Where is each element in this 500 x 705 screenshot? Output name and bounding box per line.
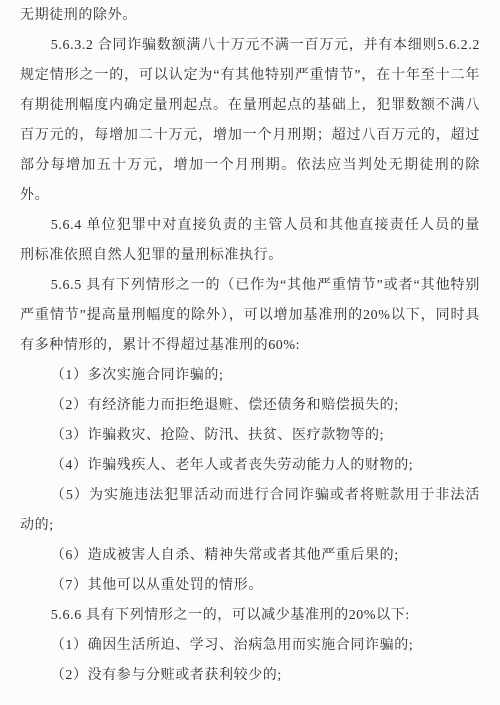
paragraph-clause-5-6-3-2: 5.6.3.2 合同诈骗数额满八十万元不满一百万元，并有本细则5.6.2.2规定… <box>20 31 480 211</box>
list-item-5-6-6-2: （2）没有参与分赃或者获利较少的; <box>20 661 480 691</box>
document-body-text: 无期徒刑的除外。 5.6.3.2 合同诈骗数额满八十万元不满一百万元，并有本细则… <box>20 1 480 691</box>
paragraph-clause-5-6-4: 5.6.4 单位犯罪中对直接负责的主管人员和其他直接责任人员的量刑标准依照自然人… <box>20 211 480 271</box>
paragraph-continuation-top: 无期徒刑的除外。 <box>20 1 480 31</box>
list-item-5-6-5-4: （4）诈骗残疾人、老年人或者丧失劳动能力人的财物的; <box>20 451 480 481</box>
list-item-5-6-5-5: （5）为实施违法犯罪活动而进行合同诈骗或者将赃款用于非法活动的; <box>20 481 480 541</box>
paragraph-clause-5-6-5: 5.6.5 具有下列情形之一的（已作为“其他严重情节”或者“其他特别严重情节”提… <box>20 271 480 361</box>
list-item-5-6-6-1: （1）确因生活所迫、学习、治病急用而实施合同诈骗的; <box>20 631 480 661</box>
document-page: 无期徒刑的除外。 5.6.3.2 合同诈骗数额满八十万元不满一百万元，并有本细则… <box>0 0 500 705</box>
paragraph-clause-5-6-6: 5.6.6 具有下列情形之一的，可以减少基准刑的20%以下: <box>20 601 480 631</box>
list-item-5-6-5-7: （7）其他可以从重处罚的情形。 <box>20 571 480 601</box>
list-item-5-6-5-3: （3）诈骗救灾、抢险、防汛、扶贫、医疗款物等的; <box>20 421 480 451</box>
list-item-5-6-5-2: （2）有经济能力而拒绝退赃、偿还债务和赔偿损失的; <box>20 391 480 421</box>
list-item-5-6-5-6: （6）造成被害人自杀、精神失常或者其他严重后果的; <box>20 541 480 571</box>
list-item-5-6-5-1: （1）多次实施合同诈骗的; <box>20 361 480 391</box>
